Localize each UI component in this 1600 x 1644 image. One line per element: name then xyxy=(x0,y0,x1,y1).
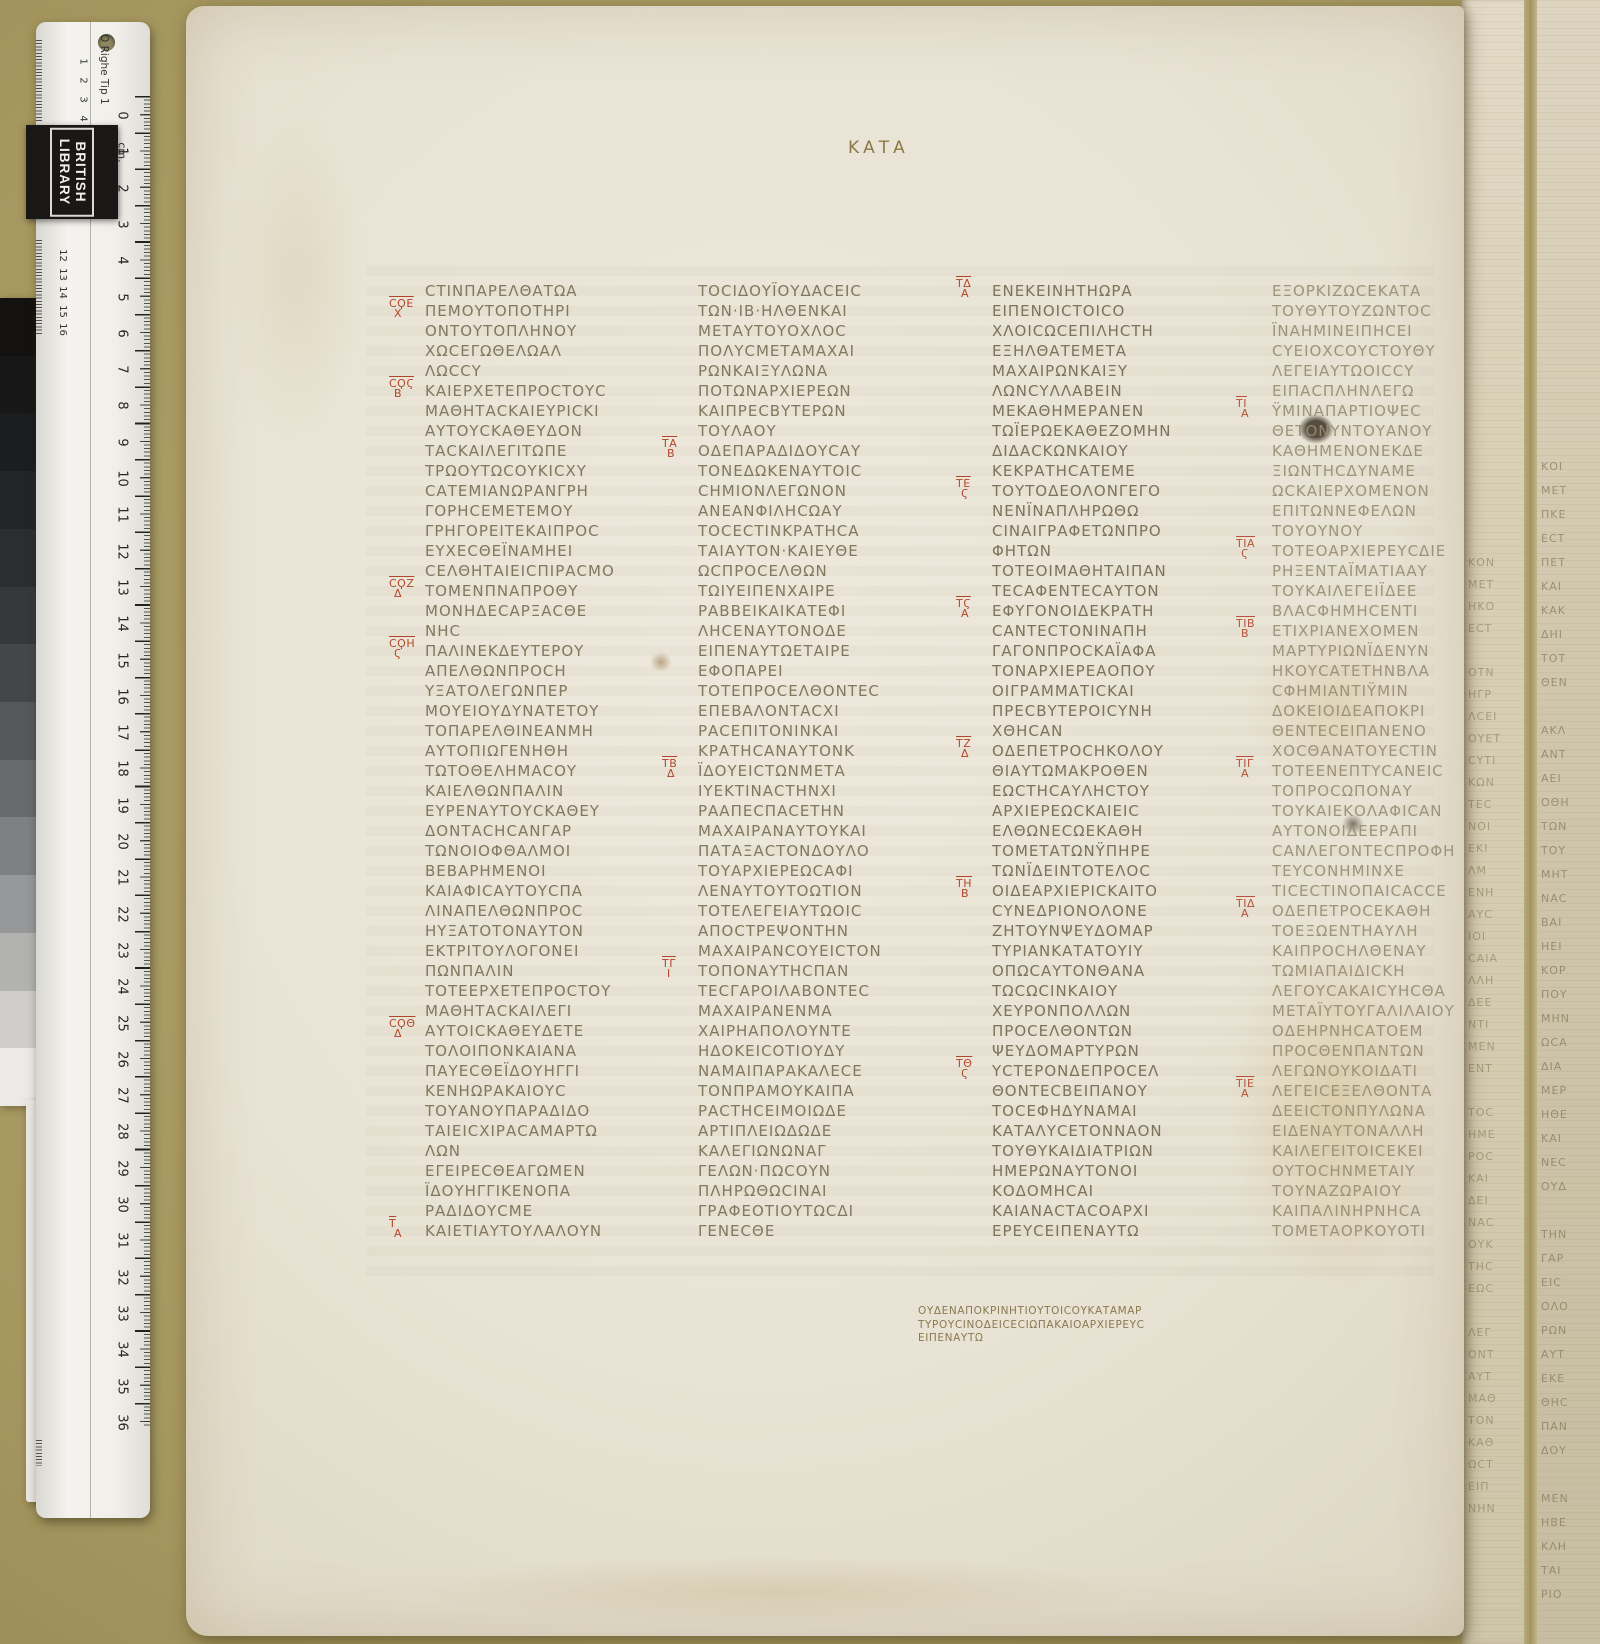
manuscript-line: ΔΙΔΑϹΚΩΝΚΑΙΟΥ xyxy=(992,441,1246,461)
ruler-number: 16 xyxy=(115,685,130,707)
canon-number: Ι xyxy=(662,969,696,979)
ruler-number: 27 xyxy=(115,1085,130,1107)
manuscript-line: ΚΑΙΛΕΓΕΙΤΟΙϹΕΚΕΙ xyxy=(1272,1141,1526,1161)
leaf-text-fragment: ΑΝΤ xyxy=(1541,748,1566,761)
ruler-number: 29 xyxy=(115,1157,130,1179)
manuscript-line: ΕΦΟΠΑΡΕΙ xyxy=(698,661,952,681)
canon-number: Ϛ xyxy=(956,1069,990,1079)
manuscript-line: ΛΕΓΕΙΑΥΤΩΟΙϹϹΥ xyxy=(1272,361,1526,381)
eusebian-section-mark: ΤΖΔ xyxy=(956,739,990,759)
leaf-text-fragment: ΩϹΤ xyxy=(1468,1458,1494,1471)
leaf-text-fragment: ΤΟΝ xyxy=(1468,1414,1495,1427)
manuscript-line: ΫΜΙΝΑΠΑΡΤΙΟΨΕϹ xyxy=(1272,401,1526,421)
manuscript-line: ΛΕΓΟΥϹΑΚΑΙϹΥΗϹΘΑ xyxy=(1272,981,1526,1001)
manuscript-line: ΟΔΕΠΕΤΡΟϹΕΚΑΘΗ xyxy=(1272,901,1526,921)
manuscript-line: ΟΝΤΟΥΤΟΠΛΗΝΟΥ xyxy=(425,321,679,341)
manuscript-line: ΜΑΘΗΤΑϹΚΑΙΕΥΡΙϹΚΙ xyxy=(425,401,679,421)
ruler-number: 10 xyxy=(115,468,130,490)
leaf-text-fragment: ΕΙϹ xyxy=(1541,1276,1562,1289)
manuscript-column-1: ϹΤΙΝΠΑΡΕΛΘΑΤΩΑΠΕΜΟΥΤΟΠΟΤΗΡΙΟΝΤΟΥΤΟΠΛΗΝΟΥ… xyxy=(425,281,679,1241)
leaf-text-fragment: ΔΗΙ xyxy=(1541,628,1563,641)
leaf-text-fragment: ΔΟΥ xyxy=(1541,1444,1567,1457)
photograph-of-codex-page: ΚΟΝΜΕΤΗΚΟΕϹΤΟΤΝΗΓΡΛϹΕΙΟΥΕΤϹΥΤΙΚΩΝΤΕϹΝΟΙΕ… xyxy=(0,0,1600,1644)
manuscript-line: ΧΘΗϹΑΝ xyxy=(992,721,1246,741)
manuscript-line: ΚΑΙΕΛΘΩΝΠΑΛΙΝ xyxy=(425,781,679,801)
leaf-text-fragment: ΝΕϹ xyxy=(1541,1156,1567,1169)
manuscript-line: ΡΑΒΒΕΙΚΑΙΚΑΤΕΦΙ xyxy=(698,601,952,621)
running-title: ΚΑΤΑ xyxy=(848,138,909,158)
manuscript-line: ΪΝΑΗΜΙΝΕΙΠΗϹΕΙ xyxy=(1272,321,1526,341)
manuscript-line: ΤΟΜΕΤΑΟΡΚΟΥΟΤΙ xyxy=(1272,1221,1526,1241)
manuscript-line: ΛΩΝ xyxy=(425,1141,679,1161)
manuscript-line: ϹΕΛΘΗΤΑΙΕΙϹΠΙΡΑϹΜΟ xyxy=(425,561,679,581)
manuscript-line: ΤΟΤΕΛΕΓΕΙΑΥΤΩΟΙϹ xyxy=(698,901,952,921)
manuscript-line: ΤΟΠΡΟϹΩΠΟΝΑΥ xyxy=(1272,781,1526,801)
manuscript-line: ΤΟΥΝΑΖΩΡΑΙΟΥ xyxy=(1272,1181,1526,1201)
manuscript-line: ΤΩϹΩϹΙΝΚΑΙΟΥ xyxy=(992,981,1246,1001)
ruler-number: 6 xyxy=(115,322,130,344)
manuscript-line: ΑΠΟϹΤΡΕΨΟΝΤΗΝ xyxy=(698,921,952,941)
manuscript-line: ΕΞΗΛΘΑΤΕΜΕΤΑ xyxy=(992,341,1246,361)
manuscript-line: ΠΡΟϹΘΕΝΠΑΝΤΩΝ xyxy=(1272,1041,1526,1061)
manuscript-line: ΤΟΤΕΟΑΡΧΙΕΡΕΥϹΔΙΕ xyxy=(1272,541,1526,561)
manuscript-line: ϹΙΝΑΙΓΡΑΦΕΤΩΝΠΡΟ xyxy=(992,521,1246,541)
manuscript-line: ΕΠΙΤΩΝΝΕΦΕΛΩΝ xyxy=(1272,501,1526,521)
manuscript-line: ΤΟΥΑΝΟΥΠΑΡΑΔΙΔΟ xyxy=(425,1101,679,1121)
ruler-number: 22 xyxy=(115,903,130,925)
manuscript-line: ΓΑΓΟΝΠΡΟϹΚΑΪΑΦΑ xyxy=(992,641,1246,661)
manuscript-line: ΡΑΑΠΕϹΠΑϹΕΤΗΝ xyxy=(698,801,952,821)
leaf-text-fragment: ΠΟΥ xyxy=(1541,988,1568,1001)
canon-number: Α xyxy=(1236,769,1270,779)
manuscript-line: ΟΔΕΗΡΝΗϹΑΤΟΕΜ xyxy=(1272,1021,1526,1041)
manuscript-line: ΓΕΝΕϹΘΕ xyxy=(698,1221,952,1241)
eusebian-section-mark: ϹϘΖΔ xyxy=(389,579,423,599)
manuscript-line: ΙΥΕΚΤΙΝΑϹΤΗΝΧΙ xyxy=(698,781,952,801)
leaf-text-fragment: ΕΚΕ xyxy=(1541,1372,1565,1385)
manuscript-line: ΤΟΝΠΡΑΜΟΥΚΑΙΠΑ xyxy=(698,1081,952,1101)
ruler-number: 18 xyxy=(115,758,130,780)
manuscript-line: ΤΟΝΑΡΧΙΕΡΕΑΟΠΟΥ xyxy=(992,661,1246,681)
leaf-text-fragment: ΜΕΤ xyxy=(1541,484,1567,497)
leaf-text-fragment: ΤΟΥ xyxy=(1541,844,1566,857)
manuscript-line: ΛΕΓΩΝΟΥΚΟΙΔΑΤΙ xyxy=(1272,1061,1526,1081)
manuscript-line: ΤΑϹΚΑΙΛΕΓΙΤΩΠΕ xyxy=(425,441,679,461)
manuscript-line: ΚΑΙΑΦΙϹΑΥΤΟΥϹΠΑ xyxy=(425,881,679,901)
manuscript-line: ΕΙΠΕΝΑΥΤΩΕΤΑΙΡΕ xyxy=(698,641,952,661)
manuscript-line: ΕΦΥΓΟΝΟΙΔΕΚΡΑΤΗ xyxy=(992,601,1246,621)
manuscript-line: ΟΙΓΡΑΜΜΑΤΙϹΚΑΙ xyxy=(992,681,1246,701)
under-leaf-edge: ΚΟΙΜΕΤΠΚΕΕϹΤΠΕΤΚΑΙΚΑΚΔΗΙΤΟΤΘΕΝΑΚΛΑΝΤΑΕΙΟ… xyxy=(1537,0,1600,1644)
manuscript-line: ΑΠΕΛΘΩΝΠΡΟϹΗ xyxy=(425,661,679,681)
manuscript-line: ΤΟΠΟΝΑΥΤΗϹΠΑΝ xyxy=(698,961,952,981)
manuscript-line: ΚΑΙΑΝΑϹΤΑϹΟΑΡΧΙ xyxy=(992,1201,1246,1221)
manuscript-line: ΟΔΕΠΑΡΑΔΙΔΟΥϹΑΥ xyxy=(698,441,952,461)
manuscript-line: ΪΔΟΥΕΙϹΤΩΝΜΕΤΑ xyxy=(698,761,952,781)
manuscript-line: ϹΤΙΝΠΑΡΕΛΘΑΤΩΑ xyxy=(425,281,679,301)
canon-number: Α xyxy=(956,609,990,619)
manuscript-line: ΕΥΡΕΝΑΥΤΟΥϹΚΑΘΕΥ xyxy=(425,801,679,821)
manuscript-line: ΓΡΑΦΕΟΤΙΟΥΤΩϹΔΙ xyxy=(698,1201,952,1221)
footnote-line: ΕΙΠΕΝΑΥΤΩ xyxy=(918,1332,1258,1346)
manuscript-line: ΑΡΤΙΠΛΕΙΩΔΩΔΕ xyxy=(698,1121,952,1141)
ruler-number: 5 xyxy=(115,286,130,308)
leaf-text-fragment: ΕΙΠ xyxy=(1468,1480,1489,1493)
eusebian-section-mark: ΤϚΑ xyxy=(956,599,990,619)
manuscript-line: ΪΔΟΥΗΓΓΙΚΕΝΟΠΑ xyxy=(425,1181,679,1201)
ruler-number: 25 xyxy=(115,1012,130,1034)
manuscript-line: ΟΠΩϹΑΥΤΟΝΘΑΝΑ xyxy=(992,961,1246,981)
manuscript-line: ΠΑΥΕϹΘΕΪΔΟΥΗΓΓΙ xyxy=(425,1061,679,1081)
manuscript-line: ΤΕΥϹΟΝΗΜΙΝΧΕ xyxy=(1272,861,1526,881)
eusebian-section-mark: ΤΙΓΑ xyxy=(1236,759,1270,779)
manuscript-line: ΜΑΧΑΙΡΑΝΑΥΤΟΥΚΑΙ xyxy=(698,821,952,841)
leaf-text-fragment: ΚΟΙ xyxy=(1541,460,1563,473)
manuscript-line: ϹΑΝΛΕΓΟΝΤΕϹΠΡΟΦΗ xyxy=(1272,841,1526,861)
leaf-text-fragment: ΕΩϹ xyxy=(1468,1282,1494,1295)
manuscript-line: ΡΑΔΙΔΟΥϹΜΕ xyxy=(425,1201,679,1221)
ruler-number: 8 xyxy=(115,395,130,417)
manuscript-line: ΗΜΕΡΩΝΑΥΤΟΝΟΙ xyxy=(992,1161,1246,1181)
canon-number: Α xyxy=(389,1229,423,1239)
leaf-text-fragment: ΟΥΔ xyxy=(1541,1180,1567,1193)
canon-number: Δ xyxy=(389,589,423,599)
manuscript-line: ΜΑΡΤΥΡΙΩΝΪΔΕΝΥΝ xyxy=(1272,641,1526,661)
eusebian-section-mark: ΤΕϚ xyxy=(956,479,990,499)
manuscript-line: ΩϹΠΡΟϹΕΛΘΩΝ xyxy=(698,561,952,581)
manuscript-line: ΕΙΠΕΝΟΙϹΤΟΙϹΟ xyxy=(992,301,1246,321)
manuscript-line: ΕΞΟΡΚΙΖΩϹΕΚΑΤΑ xyxy=(1272,281,1526,301)
ruler-number: 31 xyxy=(115,1230,130,1252)
ruler-number: 9 xyxy=(115,431,130,453)
canon-number: Β xyxy=(389,389,423,399)
leaf-text-fragment: ΡΩΝ xyxy=(1541,1324,1567,1337)
leaf-text-fragment: ΠΑΝ xyxy=(1541,1420,1568,1433)
manuscript-line: ΨΕΥΔΟΜΑΡΤΥΡΩΝ xyxy=(992,1041,1246,1061)
manuscript-line: ΚΑΛΕΓΙΩΝΩΝΑΓ xyxy=(698,1141,952,1161)
british-library-tag: BRITISHLIBRARY xyxy=(26,125,118,219)
leaf-text-fragment: ΠΚΕ xyxy=(1541,508,1566,521)
manuscript-line: ϹΑΤΕΜΙΑΝΩΡΑΝΓΡΗ xyxy=(425,481,679,501)
manuscript-line: ΠΟΤΩΝΑΡΧΙΕΡΕΩΝ xyxy=(698,381,952,401)
manuscript-line: ΡΑϹΤΗϹΕΙΜΟΙΩΔΕ xyxy=(698,1101,952,1121)
manuscript-line: ΘΙΑΥΤΩΜΑΚΡΟΘΕΝ xyxy=(992,761,1246,781)
manuscript-line: ΟΥΤΟϹΗΝΜΕΤΑΙΥ xyxy=(1272,1161,1526,1181)
manuscript-line: ΠΕΜΟΥΤΟΠΟΤΗΡΙ xyxy=(425,301,679,321)
manuscript-line: ΑΥΤΟΝΟΙΔΕΕΡΑΠΙ xyxy=(1272,821,1526,841)
manuscript-line: ΕΠΕΒΑΛΟΝΤΑϹΧΙ xyxy=(698,701,952,721)
manuscript-line: ΠΩΝΠΑΛΙΝ xyxy=(425,961,679,981)
manuscript-line: ϹΗΜΙΟΝΛΕΓΩΝΟΝ xyxy=(698,481,952,501)
ruler-number: 11 xyxy=(115,504,130,526)
eusebian-section-mark: ΤΙΑ xyxy=(1236,399,1270,419)
ruler-number: 26 xyxy=(115,1048,130,1070)
ruler-mid-number: 15 xyxy=(57,305,68,318)
canon-number: Ϛ xyxy=(1236,549,1270,559)
manuscript-line: ΕΛΘΩΝΕϹΩΕΚΑΘΗ xyxy=(992,821,1246,841)
manuscript-line: ΤΟΤΕΟΙΜΑΘΗΤΑΙΠΑΝ xyxy=(992,561,1246,581)
manuscript-line: ΓΕΛΩΝ·ΠΩϹΟΥΝ xyxy=(698,1161,952,1181)
canon-number: Ϛ xyxy=(956,489,990,499)
manuscript-line: ΚΑΘΗΜΕΝΟΝΕΚΔΕ xyxy=(1272,441,1526,461)
manuscript-line: ΤΟΥΑΡΧΙΕΡΕΩϹΑΦΙ xyxy=(698,861,952,881)
leaf-text-fragment: ΤΗϹ xyxy=(1468,1260,1494,1273)
eusebian-section-mark: ϹϘΘΔ xyxy=(389,1019,423,1039)
manuscript-line: ΧΛΟΙϹΩϹΕΠΙΛΗϹΤΗ xyxy=(992,321,1246,341)
manuscript-line: ΠΡΕϹΒΥΤΕΡΟΙϹΥΝΗ xyxy=(992,701,1246,721)
leaf-text-fragment: ΜΗΝ xyxy=(1541,1012,1570,1025)
manuscript-line: ΧΕΥΡΟΝΠΟΛΛΩΝ xyxy=(992,1001,1246,1021)
manuscript-line: ΔΟΝΤΑϹΗϹΑΝΓΑΡ xyxy=(425,821,679,841)
eusebian-section-mark: ϹϘϚΒ xyxy=(389,379,423,399)
manuscript-line: ΚΑΙΠΡΕϹΒΥΤΕΡΩΝ xyxy=(698,401,952,421)
leaf-text-fragment: ΩϹΑ xyxy=(1541,1036,1568,1049)
manuscript-line: ϹΦΗΜΙΑΝΤΙΫΜΙΝ xyxy=(1272,681,1526,701)
leaf-text-fragment: ΤΩΝ xyxy=(1541,820,1567,833)
ruler-left-ticks-top xyxy=(36,40,42,122)
manuscript-line: ΜΟΥΕΙΟΥΔΥΝΑΤΕΤΟΥ xyxy=(425,701,679,721)
ruler-number: 4 xyxy=(115,250,130,272)
manuscript-line: ΒΕΒΑΡΗΜΕΝΟΙ xyxy=(425,861,679,881)
eusebian-section-mark: ΤΘϚ xyxy=(956,1059,990,1079)
canon-number: Α xyxy=(1236,909,1270,919)
ruler-number: 14 xyxy=(115,613,130,635)
manuscript-line: ΤΩΤΟΘΕΛΗΜΑϹΟΥ xyxy=(425,761,679,781)
manuscript-line: ΡΩΝΚΑΙΞΥΛΩΝΑ xyxy=(698,361,952,381)
manuscript-line: ΛΙΝΑΠΕΛΘΩΝΠΡΟϹ xyxy=(425,901,679,921)
leaf-text-fragment: ΟΛΟ xyxy=(1541,1300,1569,1313)
manuscript-line: ΕΙΠΑϹΠΛΗΝΛΕΓΩ xyxy=(1272,381,1526,401)
ruler-number: 35 xyxy=(115,1375,130,1397)
eusebian-section-mark: ΤΔΑ xyxy=(956,279,990,299)
manuscript-line: ΗΔΟΚΕΙϹΟΤΙΟΥΔΥ xyxy=(698,1041,952,1061)
ruler-number: 32 xyxy=(115,1266,130,1288)
eusebian-section-mark: ϹϘΗϚ xyxy=(389,639,423,659)
ruler-number: 34 xyxy=(115,1339,130,1361)
manuscript-line: ΔΕΕΙϹΤΟΝΠΥΛΩΝΑ xyxy=(1272,1101,1526,1121)
manuscript-line: ΛΩΝϹΥΛΛΑΒΕΙΝ xyxy=(992,381,1246,401)
manuscript-line: ΩϹΚΑΙΕΡΧΟΜΕΝΟΝ xyxy=(1272,481,1526,501)
manuscript-line: ΜΑΘΗΤΑϹΚΑΙΛΕΓΙ xyxy=(425,1001,679,1021)
manuscript-line: ΗΚΟΥϹΑΤΕΤΗΝΒΛΑ xyxy=(1272,661,1526,681)
leaf-text-fragment: ΡΙΟ xyxy=(1541,1588,1563,1601)
leaf-text-fragment: ΠΕΤ xyxy=(1541,556,1566,569)
manuscript-line: ΤΕϹΓΑΡΟΙΛΑΒΟΝΤΕϹ xyxy=(698,981,952,1001)
manuscript-line: ΤΟΕΞΩΕΝΤΗΑΥΛΗ xyxy=(1272,921,1526,941)
manuscript-line: ΕΓΕΙΡΕϹΘΕΑΓΩΜΕΝ xyxy=(425,1161,679,1181)
manuscript-line: ΥΞΑΤΟΛΕΓΩΝΠΕΡ xyxy=(425,681,679,701)
manuscript-line: ΚΕΝΗΩΡΑΚΑΙΟΥϹ xyxy=(425,1081,679,1101)
leaf-text-fragment: ΤΗΝ xyxy=(1541,1228,1567,1241)
leaf-text-fragment: ΟΝΤ xyxy=(1468,1348,1495,1361)
leaf-text-fragment: ΤΑΙ xyxy=(1541,1564,1562,1577)
leaf-text-fragment: ΚΛΗ xyxy=(1541,1540,1567,1553)
manuscript-line: ϹΥΝΕΔΡΙΟΝΟΛΟΝΕ xyxy=(992,901,1246,921)
ruler-number: 21 xyxy=(115,867,130,889)
manuscript-line: ΤΟΥΚΑΙΕΚΟΛΑΦΙϹΑΝ xyxy=(1272,801,1526,821)
manuscript-line: ΕΚΤΡΙΤΟΥΛΟΓΟΝΕΙ xyxy=(425,941,679,961)
manuscript-line: ΤΩΝ·ΙΒ·ΗΛΘΕΝΚΑΙ xyxy=(698,301,952,321)
manuscript-line: ΚΑΙΕΡΧΕΤΕΠΡΟϹΤΟΥϹ xyxy=(425,381,679,401)
eusebian-section-mark: ΤΙΕΑ xyxy=(1236,1079,1270,1099)
manuscript-line: ΤΟΠΑΡΕΛΘΙΝΕΑΝΜΗ xyxy=(425,721,679,741)
manuscript-line: ΤΟΥΚΑΙΛΕΓΕΙΪΔΕΕ xyxy=(1272,581,1526,601)
ruler-left-number: 1 xyxy=(78,58,89,64)
eusebian-section-mark: ΤΙΒΒ xyxy=(1236,619,1270,639)
manuscript-line: ΕΩϹΤΗϹΑΥΛΗϹΤΟΥ xyxy=(992,781,1246,801)
manuscript-line: ΤΟϹΕΦΗΔΥΝΑΜΑΙ xyxy=(992,1101,1246,1121)
ruler-number: 24 xyxy=(115,976,130,998)
manuscript-line: ΤΟΥΘΥΚΑΙΔΙΑΤΡΙΩΝ xyxy=(992,1141,1246,1161)
canon-number: Α xyxy=(1236,1089,1270,1099)
manuscript-line: ΤΩΝΪΔΕΙΝΤΟΤΕΛΟϹ xyxy=(992,861,1246,881)
leaf-text-fragment: ΗΘΕ xyxy=(1541,1108,1568,1121)
leaf-text-fragment: ΜΑΘ xyxy=(1468,1392,1497,1405)
manuscript-line: ΤΟϹΙΔΟΥΪΟΥΔΑϹΕΙϹ xyxy=(698,281,952,301)
manuscript-column-3: ΕΝΕΚΕΙΝΗΤΗΩΡΑΕΙΠΕΝΟΙϹΤΟΙϹΟΧΛΟΙϹΩϹΕΠΙΛΗϹΤ… xyxy=(992,281,1246,1241)
manuscript-line: ΘΕΤΟΝΥΝΤΟΥΑΝΟΥ xyxy=(1272,421,1526,441)
ruler-left-ticks-bottom xyxy=(36,1440,42,1466)
manuscript-line: ΤΟϹΕϹΤΙΝΚΡΑΤΗϹΑ xyxy=(698,521,952,541)
manuscript-line: ΜΟΝΗΔΕϹΑΡΞΑϹΘΕ xyxy=(425,601,679,621)
canon-number: Β xyxy=(662,449,696,459)
leaf-text-fragment: ΝΑϹ xyxy=(1541,892,1567,905)
canon-number: Α xyxy=(956,289,990,299)
leaf-text-fragment: ΗΒΕ xyxy=(1541,1516,1567,1529)
manuscript-line: ΤΟΤΕΕΝΕΠΤΥϹΑΝΕΙϹ xyxy=(1272,761,1526,781)
canon-number: Β xyxy=(1236,629,1270,639)
leaf-text-fragment: ΚΑΙ xyxy=(1541,580,1562,593)
canon-number: Χ xyxy=(389,309,423,319)
leaf-text-fragment: ΘΕΝ xyxy=(1541,676,1568,689)
manuscript-line: ΕΡΕΥϹΕΙΠΕΝΑΥΤΩ xyxy=(992,1221,1246,1241)
manuscript-line: ΘΟΝΤΕϹΒΕΙΠΑΝΟΥ xyxy=(992,1081,1246,1101)
manuscript-column-4: ΕΞΟΡΚΙΖΩϹΕΚΑΤΑΤΟΥΘΥΤΟΥΖΩΝΤΟϹΪΝΑΗΜΙΝΕΙΠΗϹ… xyxy=(1272,281,1526,1241)
leaf-text-fragment: ΚΑΚ xyxy=(1541,604,1566,617)
leaf-text-fragment: ΜΕΡ xyxy=(1541,1084,1567,1097)
manuscript-line: ΕΙΔΕΝΑΥΤΟΝΑΛΛΗ xyxy=(1272,1121,1526,1141)
leaf-text-fragment: ΗΕΙ xyxy=(1541,940,1562,953)
ruler-number: 36 xyxy=(115,1411,130,1433)
british-library-label: BRITISHLIBRARY xyxy=(50,128,94,217)
manuscript-line: ΤΟΥΛΑΟΥ xyxy=(698,421,952,441)
manuscript-line: ΦΗΤΩΝ xyxy=(992,541,1246,561)
manuscript-line: ΠΑΤΑΞΑϹΤΟΝΔΟΥΛΟ xyxy=(698,841,952,861)
manuscript-line: ΛΗϹΕΝΑΥΤΟΝΟΔΕ xyxy=(698,621,952,641)
leaf-text-fragment: ΝΗΝ xyxy=(1468,1502,1496,1515)
ruler-number: 13 xyxy=(115,576,130,598)
eusebian-section-mark: ΤΑΒ xyxy=(662,439,696,459)
manuscript-line: ΑΥΤΟΙϹΚΑΘΕΥΔΕΤΕ xyxy=(425,1021,679,1041)
manuscript-line: ΤΟΝΕΔΩΚΕΝΑΥΤΟΙϹ xyxy=(698,461,952,481)
manuscript-line: ΗΥΞΑΤΟΤΟΝΑΥΤΟΝ xyxy=(425,921,679,941)
manuscript-line: ΤΙϹΕϹΤΙΝΟΠΑΙϹΑϹϹΕ xyxy=(1272,881,1526,901)
ruler-mid-number: 12 xyxy=(57,249,68,262)
manuscript-line: ΤΟΤΕΕΡΧΕΤΕΠΡΟϹΤΟΥ xyxy=(425,981,679,1001)
manuscript-line: ΤΟΜΕΝΠΝΑΠΡΟΘΥ xyxy=(425,581,679,601)
manuscript-line: ΚΑΤΑΛΥϹΕΤΟΝΝΑΟΝ xyxy=(992,1121,1246,1141)
manuscript-line: ΝΑΜΑΙΠΑΡΑΚΑΛΕϹΕ xyxy=(698,1061,952,1081)
canon-number: Β xyxy=(956,889,990,899)
manuscript-line: ΛΩϹϹΥ xyxy=(425,361,679,381)
ruler-midline xyxy=(90,22,91,1518)
manuscript-line: ΛΕΝΑΥΤΟΥΤΟΩΤΙΟΝ xyxy=(698,881,952,901)
leaf-text-fragment: ΛΕΓ xyxy=(1468,1326,1492,1339)
manuscript-line: ΚΑΙΠΑΛΙΝΗΡΝΗϹΑ xyxy=(1272,1201,1526,1221)
ruler-left-number: 2 xyxy=(78,77,89,83)
leaf-text-fragment: ΚΟΡ xyxy=(1541,964,1567,977)
bottom-mottle xyxy=(416,1556,1136,1626)
manuscript-line: ΛΕΓΕΙϹΕΞΕΛΘΟΝΤΑ xyxy=(1272,1081,1526,1101)
manuscript-line: ΠΑΛΙΝΕΚΔΕΥΤΕΡΟΥ xyxy=(425,641,679,661)
manuscript-line: ΥϹΤΕΡΟΝΔΕΠΡΟϹΕΛ xyxy=(992,1061,1246,1081)
ruler-number: 20 xyxy=(115,831,130,853)
eusebian-section-mark: ΤΙΔΑ xyxy=(1236,899,1270,919)
leaf-text-fragment: ΒΑΙ xyxy=(1541,916,1562,929)
eusebian-section-mark: ΤΒΔ xyxy=(662,759,696,779)
margin-shading xyxy=(226,106,366,446)
manuscript-line: ΤΟΥΟΥΝΟΥ xyxy=(1272,521,1526,541)
canon-number: Δ xyxy=(389,1029,423,1039)
leaf-text-fragment: ΘΗϹ xyxy=(1541,1396,1569,1409)
manuscript-line: ΜΑΧΑΙΡΑΝΕΝΜΑ xyxy=(698,1001,952,1021)
manuscript-line: ΧΩϹΕΓΩΘΕΛΩΑΛ xyxy=(425,341,679,361)
ruler-mid-number: 16 xyxy=(57,323,68,336)
manuscript-line: ϹΑΝΤΕϹΤΟΝΙΝΑΠΗ xyxy=(992,621,1246,641)
manuscript-line: ΖΗΤΟΥΝΨΕΥΔΟΜΑΡ xyxy=(992,921,1246,941)
leaf-text-fragment: ΔΙΑ xyxy=(1541,1060,1562,1073)
manuscript-line: ΠΟΛΥϹΜΕΤΑΜΑΧΑΙ xyxy=(698,341,952,361)
manuscript-line: ΑΡΧΙΕΡΕΩϹΚΑΙΕΙϹ xyxy=(992,801,1246,821)
manuscript-line: ΤΟΜΕΤΑΤΩΝΫΠΗΡΕ xyxy=(992,841,1246,861)
leaf-text-fragment: ΜΕΝ xyxy=(1541,1492,1569,1505)
ruler-number: 15 xyxy=(115,649,130,671)
manuscript-line: ΤΟΥΘΥΤΟΥΖΩΝΤΟϹ xyxy=(1272,301,1526,321)
canon-number: Δ xyxy=(956,749,990,759)
manuscript-line: ΑΝΕΑΝΦΙΛΗϹΩΑΥ xyxy=(698,501,952,521)
manuscript-line: ΠΛΗΡΩΘΩϹΙΝΑΙ xyxy=(698,1181,952,1201)
manuscript-line: ΜΑΧΑΙΡΑΝϹΟΥΕΙϹΤΟΝ xyxy=(698,941,952,961)
canon-number: Δ xyxy=(662,769,696,779)
canon-number: Ϛ xyxy=(389,649,423,659)
manuscript-line: ΒΛΑϹΦΗΜΗϹΕΝΤΙ xyxy=(1272,601,1526,621)
leaf-text-fragment: ΚΑΘ xyxy=(1468,1436,1494,1449)
manuscript-line: ΚΑΙΕΤΙΑΥΤΟΥΛΑΛΟΥΝ xyxy=(425,1221,679,1241)
leaf-text-fragment: ΑΚΛ xyxy=(1541,724,1566,737)
manuscript-line: ΧΑΙΡΗΑΠΟΛΟΥΝΤΕ xyxy=(698,1021,952,1041)
leaf-text-fragment: ΚΑΙ xyxy=(1541,1132,1562,1145)
manuscript-line: ΘΕΝΤΕϹΕΙΠΑΝΕΝΟ xyxy=(1272,721,1526,741)
ruler-number: 12 xyxy=(115,540,130,562)
manuscript-line: ΑΥΤΟΥϹΚΑΘΕΥΔΟΝ xyxy=(425,421,679,441)
ruler-cm-ticks xyxy=(135,96,150,1426)
manuscript-line: ΤΟΛΟΙΠΟΝΚΑΙΑΝΑ xyxy=(425,1041,679,1061)
manuscript-line: ΓΟΡΗϹΕΜΕΤΕΜΟΥ xyxy=(425,501,679,521)
ruler: O Righe Tip 1 cm. 0123456789101112131415… xyxy=(36,22,150,1518)
manuscript-line: ΚΕΚΡΑΤΗϹΑΤΕΜΕ xyxy=(992,461,1246,481)
leaf-text-fragment: ΑΥΤ xyxy=(1541,1348,1565,1361)
leaf-text-fragment: ΑΥΤ xyxy=(1468,1370,1492,1383)
manuscript-line: ϹΥΕΙΟΧϹΟΥϹΤΟΥΘΥ xyxy=(1272,341,1526,361)
manuscript-line: ΤΩΜΙΑΠΑΙΔΙϹΚΗ xyxy=(1272,961,1526,981)
manuscript-line: ΤΟΤΕΠΡΟϹΕΛΘΟΝΤΕϹ xyxy=(698,681,952,701)
manuscript-line: ΚΡΑΤΗϹΑΝΑΥΤΟΝΚ xyxy=(698,741,952,761)
manuscript-line: ΤΥΡΙΑΝΚΑΤΑΤΟΥΙΥ xyxy=(992,941,1246,961)
manuscript-line: ΤΡΩΟΥΤΩϹΟΥΚΙϹΧΥ xyxy=(425,461,679,481)
ruler-left-label: O Righe Tip 1 xyxy=(98,34,110,105)
manuscript-line: ΕΤΙΧΡΙΑΝΕΧΟΜΕΝ xyxy=(1272,621,1526,641)
eusebian-section-mark: ΤΗΒ xyxy=(956,879,990,899)
